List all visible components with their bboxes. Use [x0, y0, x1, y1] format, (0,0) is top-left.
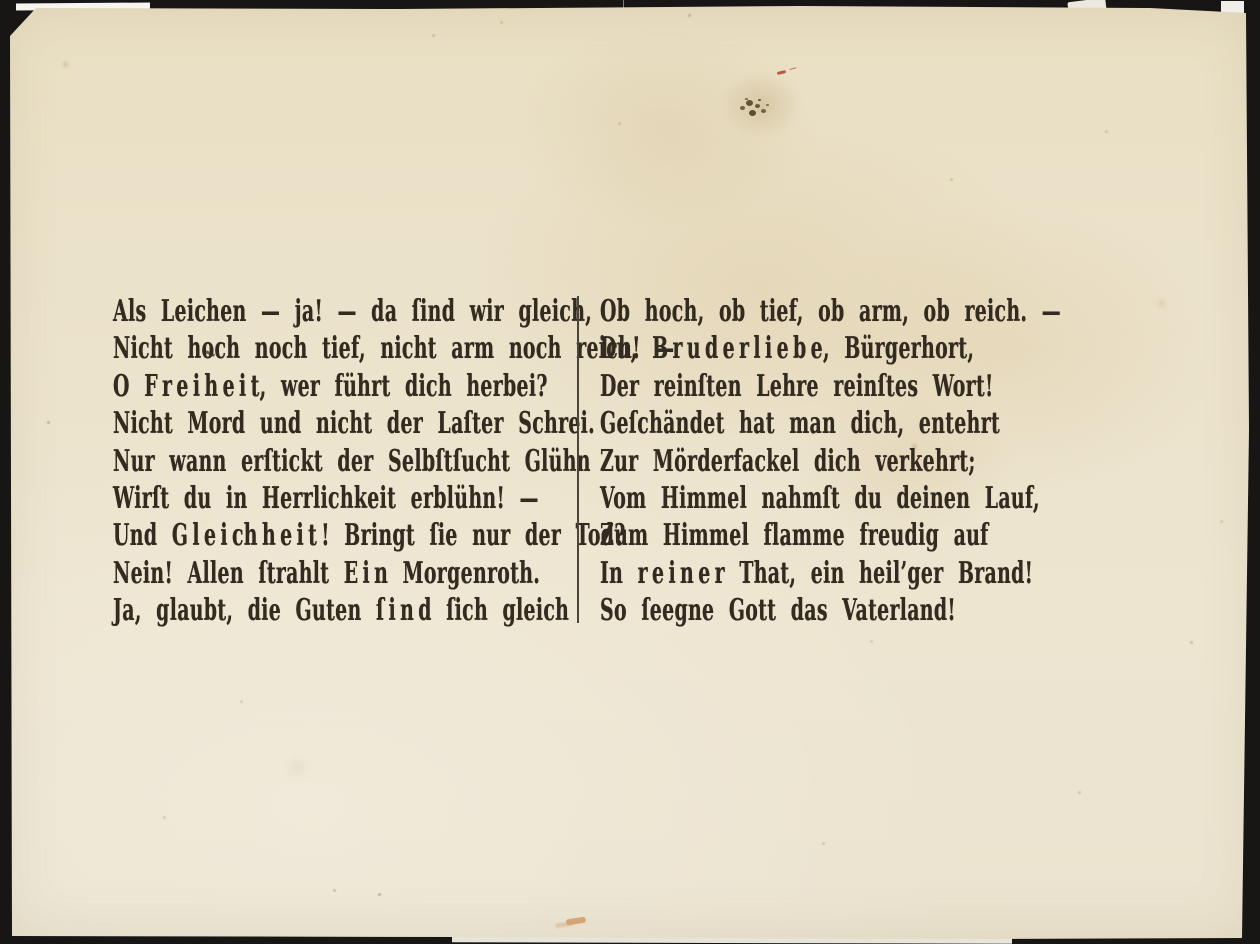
column-divider-rule — [577, 296, 579, 623]
poem-line: Ja, glaubt, die Guten ſ i n d ſich gleic… — [113, 592, 674, 629]
poem-line: Nur wann erſtickt der Selbſtſucht Glühn — [113, 443, 674, 480]
poem-line: Der reinſten Lehre reinſtes Wort! — [600, 368, 1061, 405]
poem-line: Zur Mörderfackel dich verkehrt; — [600, 443, 1061, 480]
poem-line: So ſeegne Gott das Vaterland! — [600, 592, 1061, 629]
poem-line: Nein! Allen ſtrahlt E i n Morgenroth. — [113, 555, 674, 592]
poem-line: Und G l e i ch h e i t ! Bringt ſie nur … — [113, 517, 674, 554]
poem-line: Vom Himmel nahmſt du deinen Lauf, — [600, 480, 1061, 517]
scanner-seam-line — [623, 0, 624, 8]
poem-line: Als Leichen — ja! — da ſind wir gleich, — [113, 293, 674, 330]
paper-sheet: Als Leichen — ja! — da ſind wir gleich, … — [0, 0, 1260, 944]
poem-line: Wirſt du in Herrlichkeit erblühn! — — [113, 480, 674, 517]
poem-line: Geſchändet hat man dich, entehrt — [600, 405, 1061, 442]
foxing-spots — [0, 0, 3, 3]
scan-background: Als Leichen — ja! — da ſind wir gleich, … — [0, 0, 1260, 944]
poem-line: In r e i n e r That, ein heil’ger Brand! — [600, 555, 1061, 592]
poem-line: O F r e i h e i t, wer führt dich herbei… — [113, 368, 674, 405]
ink-blot-stain — [746, 100, 753, 106]
poem-line: Nicht hoch noch tief, nicht arm noch rei… — [113, 330, 674, 367]
poem-line: Nicht Mord und nicht der Laſter Schrei. — [113, 405, 674, 442]
poem-line: Du, B r u d e r l i e b e, Bürgerhort, — [600, 330, 1061, 367]
stain-halo — [706, 60, 816, 150]
poem-line: Zum Himmel flamme freudig auf — [600, 517, 1061, 554]
poem-line: Ob hoch, ob tief, ob arm, ob reich. — — [600, 293, 1061, 330]
poem-column-right: Ob hoch, ob tief, ob arm, ob reich. — Du… — [600, 293, 1061, 630]
poem-column-left: Als Leichen — ja! — da ſind wir gleich, … — [113, 293, 674, 630]
orange-stain-bottom — [566, 917, 587, 926]
